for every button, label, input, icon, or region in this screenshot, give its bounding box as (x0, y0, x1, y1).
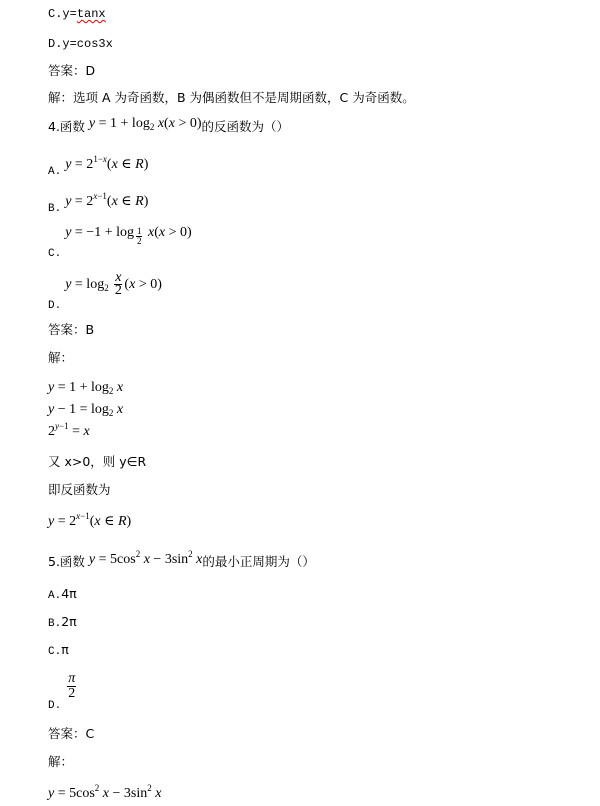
q4-result-formula: y = 2x−1(x ∈ R) (48, 514, 131, 530)
q4-step-1: y = 1 + log2 x (48, 380, 123, 396)
q4-answer: 答案：B (48, 322, 94, 338)
option-formula: π2 (67, 672, 76, 701)
q4-step-2: y − 1 = log2 x (48, 402, 123, 418)
q3-solution: 解：选项 A 为奇函数，B 为偶函数但不是周期函数，C 为奇函数。 (48, 90, 415, 106)
option-label: A. (48, 590, 61, 602)
q4-note-domain: 又 x>0，则 y∈R (48, 454, 146, 470)
q5-option-a: A.4π (48, 586, 77, 604)
q5-stem: 5.函数 y = 5cos2 x − 3sin2 x的最小正周期为（） (48, 554, 315, 571)
option-formula: y = −1 + log12 x(x > 0) (65, 225, 191, 240)
option-label: B. (48, 618, 61, 630)
option-label: C. (48, 248, 61, 260)
q5-step-1: y = 5cos2 x − 3sin2 x (48, 786, 161, 802)
q4-note-inverse: 即反函数为 (48, 482, 111, 498)
q4-option-c: C. y = −1 + log12 x(x > 0) (48, 224, 192, 246)
q5-stem-formula: y = 5cos2 x − 3sin2 x (89, 552, 202, 567)
option-label: C. (48, 646, 61, 658)
option-value: 2π (61, 614, 76, 629)
question-number: 5.函数 (48, 554, 85, 569)
option-value: 4π (61, 586, 76, 601)
option-label: D. (48, 700, 61, 712)
option-label: B. (48, 203, 61, 215)
q5-option-c: C.π (48, 642, 69, 660)
option-formula: y = log2 x2(x > 0) (65, 277, 162, 292)
q3-option-d: D.y=cos3x (48, 36, 113, 52)
question-text: 的最小正周期为（） (202, 554, 315, 569)
q5-answer: 答案：C (48, 726, 94, 742)
option-formula: y = 21−x(x ∈ R) (65, 157, 148, 172)
q5-option-b: B.2π (48, 614, 77, 632)
question-text: 的反函数为（） (202, 119, 290, 134)
spellcheck-word: tanx (77, 7, 106, 21)
q5-option-d: D. π2 (48, 672, 78, 701)
option-text: C.y= (48, 7, 77, 21)
q4-stem-formula: y = 1 + log2 x(x > 0) (89, 116, 202, 131)
option-label: A. (48, 166, 61, 178)
q4-stem: 4.函数 y = 1 + log2 x(x > 0)的反函数为（） (48, 119, 289, 136)
q3-answer: 答案：D (48, 63, 95, 79)
q4-option-a: A. y = 21−x(x ∈ R) (48, 156, 148, 174)
option-formula: y = 2x−1(x ∈ R) (65, 194, 148, 209)
q4-option-d: D. y = log2 x2(x > 0) (48, 272, 162, 297)
option-label: D. (48, 300, 61, 312)
q4-solution-label: 解： (48, 350, 73, 366)
q3-option-c: C.y=tanx (48, 6, 106, 22)
option-value: π (61, 642, 69, 657)
question-number: 4.函数 (48, 119, 85, 134)
q4-option-b: B. y = 2x−1(x ∈ R) (48, 193, 148, 211)
q5-solution-label: 解： (48, 754, 73, 770)
q4-step-3: 2y−1 = x (48, 424, 90, 440)
